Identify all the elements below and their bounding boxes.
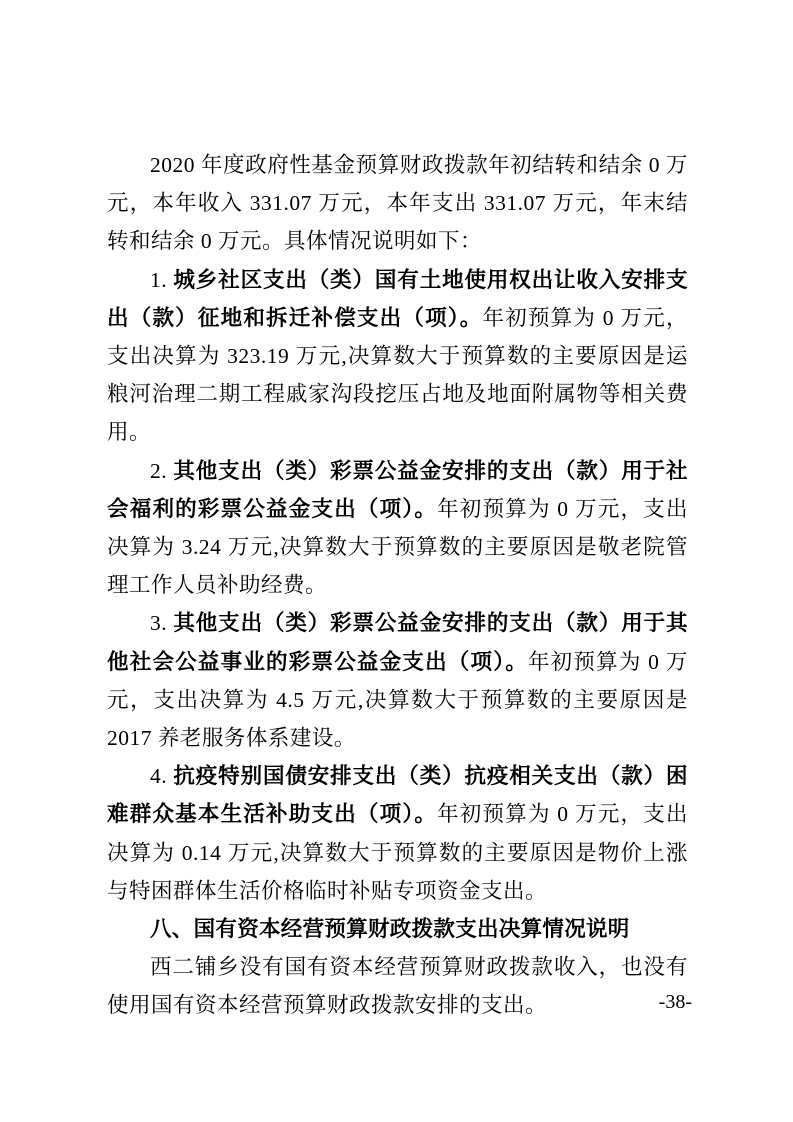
section-8-body: 西二铺乡没有国有资本经营预算财政拨款收入，也没有使用国有资本经营预算财政拨款安排…: [107, 948, 688, 1024]
section-8-heading-text: 八、国有资本经营预算财政拨款支出决算情况说明: [150, 917, 630, 941]
document-content: 2020 年度政府性基金预算财政拨款年初结转和结余 0 万元，本年收入 331.…: [107, 146, 688, 1025]
section-8-heading: 八、国有资本经营预算财政拨款支出决算情况说明: [107, 910, 688, 948]
intro-text: 2020 年度政府性基金预算财政拨款年初结转和结余 0 万元，本年收入 331.…: [107, 153, 688, 253]
section-8-body-text: 西二铺乡没有国有资本经营预算财政拨款收入，也没有使用国有资本经营预算财政拨款安排…: [107, 955, 688, 1017]
item-1: 1. 城乡社区支出（类）国有土地使用权出让收入安排支出（款）征地和拆迁补偿支出（…: [107, 261, 688, 452]
item-3: 3. 其他支出（类）彩票公益金安排的支出（款）用于其他社会公益事业的彩票公益金支…: [107, 604, 688, 757]
document-page: 2020 年度政府性基金预算财政拨款年初结转和结余 0 万元，本年收入 331.…: [0, 0, 793, 1122]
item-1-number: 1.: [150, 268, 173, 292]
page-number: -38-: [659, 990, 692, 1014]
item-4-number: 4.: [150, 764, 173, 788]
item-3-number: 3.: [150, 611, 173, 635]
item-2-number: 2.: [150, 459, 173, 483]
item-2: 2. 其他支出（类）彩票公益金安排的支出（款）用于社会福利的彩票公益金支出（项）…: [107, 452, 688, 605]
item-4: 4. 抗疫特别国债安排支出（类）抗疫相关支出（款）困难群众基本生活补助支出（项）…: [107, 757, 688, 910]
paragraph-intro: 2020 年度政府性基金预算财政拨款年初结转和结余 0 万元，本年收入 331.…: [107, 146, 688, 261]
